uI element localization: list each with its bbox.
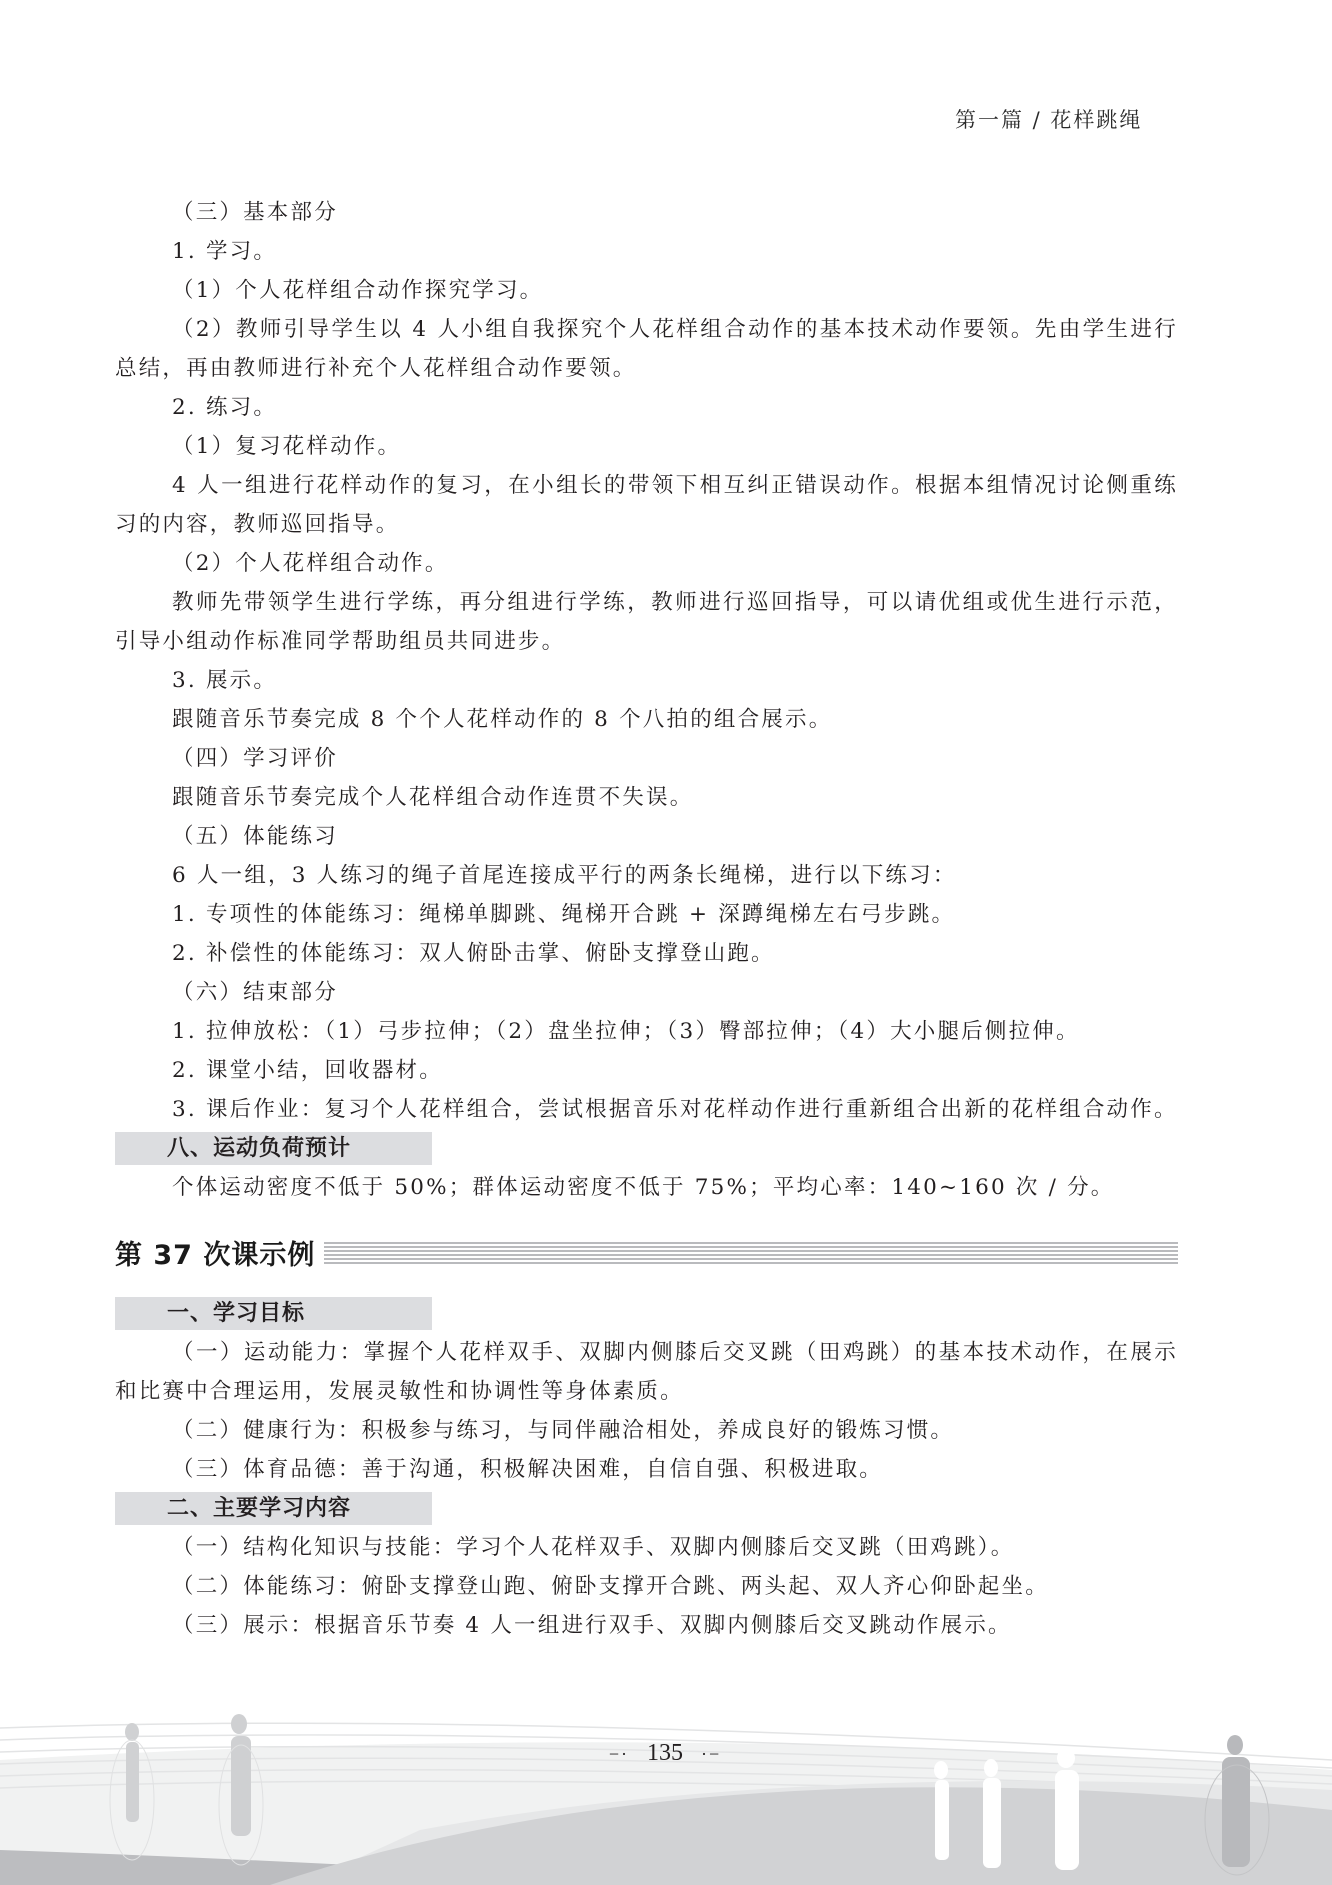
load-text: 个体运动密度不低于 50%；群体运动密度不低于 75%；平均心率：140~160… xyxy=(115,1168,1178,1207)
practice-item-1-title: （1）复习花样动作。 xyxy=(115,427,1178,466)
fitness-item-1: 1. 专项性的体能练习：绳梯单脚跳、绳梯开合跳 + 深蹲绳梯左右弓步跳。 xyxy=(115,895,1178,934)
fitness-item-2: 2. 补偿性的体能练习：双人俯卧击掌、俯卧支撑登山跑。 xyxy=(115,934,1178,973)
page-number-decor-left: −· xyxy=(609,1744,629,1764)
evaluation-text: 跟随音乐节奏完成个人花样组合动作连贯不失误。 xyxy=(115,778,1178,817)
lesson-title-stripes xyxy=(324,1242,1178,1266)
show-text: 跟随音乐节奏完成 8 个个人花样动作的 8 个八拍的组合展示。 xyxy=(115,700,1178,739)
page-content: （三）基本部分 1. 学习。 （1）个人花样组合动作探究学习。 （2）教师引导学… xyxy=(115,193,1178,1645)
learn-item-1: （1）个人花样组合动作探究学习。 xyxy=(115,271,1178,310)
objective-item-1: （一）运动能力：掌握个人花样双手、双脚内侧膝后交叉跳（田鸡跳）的基本技术动作，在… xyxy=(115,1333,1178,1411)
content-item-3: （三）展示：根据音乐节奏 4 人一组进行双手、双脚内侧膝后交叉跳动作展示。 xyxy=(115,1606,1178,1645)
ending-item-2: 2. 课堂小结，回收器材。 xyxy=(115,1051,1178,1090)
objective-item-3: （三）体育品德：善于沟通，积极解决困难，自信自强、积极进取。 xyxy=(115,1450,1178,1489)
practice-title: 2. 练习。 xyxy=(115,388,1178,427)
jumper-silhouette-left xyxy=(125,1723,139,1822)
fitness-intro: 6 人一组，3 人练习的绳子首尾连接成平行的两条长绳梯，进行以下练习： xyxy=(115,856,1178,895)
section-header-content-label: 二、主要学习内容 xyxy=(167,1492,351,1525)
lesson-title-text: 第 37 次课示例 xyxy=(115,1233,315,1272)
objective-item-2: （二）健康行为：积极参与练习，与同伴融洽相处，养成良好的锻炼习惯。 xyxy=(115,1411,1178,1450)
learn-item-2: （2）教师引导学生以 4 人小组自我探究个人花样组合动作的基本技术动作要领。先由… xyxy=(115,310,1178,388)
ending-item-1: 1. 拉伸放松：（1）弓步拉伸；（2）盘坐拉伸；（3）臀部拉伸；（4）大小腿后侧… xyxy=(115,1012,1178,1051)
ending-item-3: 3. 课后作业：复习个人花样组合，尝试根据音乐对花样动作进行重新组合出新的花样组… xyxy=(115,1090,1178,1129)
section-header-objectives-label: 一、学习目标 xyxy=(167,1297,305,1330)
practice-item-2-text: 教师先带领学生进行学练，再分组进行学练，教师进行巡回指导，可以请优组或优生进行示… xyxy=(115,583,1178,661)
show-title: 3. 展示。 xyxy=(115,661,1178,700)
section-header-load-label: 八、运动负荷预计 xyxy=(167,1132,351,1165)
practice-item-2-title: （2）个人花样组合动作。 xyxy=(115,544,1178,583)
ending-heading: （六）结束部分 xyxy=(115,973,1178,1012)
page-number-value: 135 xyxy=(647,1740,683,1766)
page-number-decor-right: ·− xyxy=(701,1744,721,1764)
practice-item-1-text: 4 人一组进行花样动作的复习，在小组长的带领下相互纠正错误动作。根据本组情况讨论… xyxy=(115,466,1178,544)
section-header-content: 二、主要学习内容 xyxy=(115,1492,432,1525)
running-head: 第一篇 / 花样跳绳 xyxy=(955,104,1142,134)
lesson-title: 第 37 次课示例 xyxy=(115,1231,1178,1275)
fitness-heading: （五）体能练习 xyxy=(115,817,1178,856)
page-number: −·135·− xyxy=(575,1740,755,1767)
section-header-load: 八、运动负荷预计 xyxy=(115,1132,432,1165)
section-header-objectives: 一、学习目标 xyxy=(115,1297,432,1330)
basic-part-heading: （三）基本部分 xyxy=(115,193,1178,232)
learn-title: 1. 学习。 xyxy=(115,232,1178,271)
content-item-2: （二）体能练习：俯卧支撑登山跑、俯卧支撑开合跳、两头起、双人齐心仰卧起坐。 xyxy=(115,1567,1178,1606)
evaluation-heading: （四）学习评价 xyxy=(115,739,1178,778)
content-item-1: （一）结构化知识与技能：学习个人花样双手、双脚内侧膝后交叉跳（田鸡跳）。 xyxy=(115,1528,1178,1567)
footer-jump-rope-illustration xyxy=(0,1700,1332,1885)
